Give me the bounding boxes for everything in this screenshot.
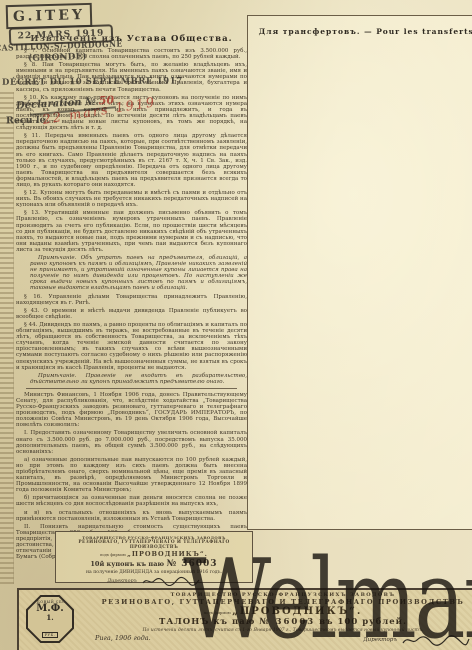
left-ornament-border	[0, 92, 14, 584]
charter-paragraph: § 16. Управленіе дѣлами Товарищества при…	[16, 294, 247, 306]
talon-firm-name: „ПРОВОДНИКЪ“.	[232, 606, 362, 617]
charter-paragraph: б) причитающіяся за означенные паи деньг…	[16, 495, 247, 507]
director-signature-icon	[141, 576, 201, 586]
revenue-stamp-bottom: РУБ.	[42, 632, 59, 638]
director-signature-icon	[401, 634, 471, 646]
coupon-share-number: № 36003	[166, 559, 217, 569]
revenue-stamp-face: ГЕРБОВЫЙ СБОРЪ М.Ф. 1. РУБ.	[28, 597, 72, 641]
revenue-stamp: ГЕРБОВЫЙ СБОРЪ М.Ф. 1. РУБ.	[26, 595, 74, 643]
talon-firm-prefix: подъ фирмою	[204, 610, 231, 615]
talon-company-line2: РЕЗИНОВАГО, ГУТТАПЕРЧЕВАГО И ТЕЛЕГРАФНАГ…	[87, 598, 472, 606]
talon-director-label: Директоръ	[363, 637, 397, 643]
talon-suffix: въ 100 рублей.	[319, 617, 407, 627]
talon-prefix: ТАЛОНЪ къ паю	[159, 617, 255, 627]
talon-strip: ГЕРБОВЫЙ СБОРЪ М.Ф. 1. РУБ. ТОВАРИЩЕСТВО…	[17, 588, 472, 650]
coupon-signature-line: Директоръ	[56, 576, 252, 586]
location-stamp-line2: (GIRONDE)	[28, 52, 87, 64]
talon-number-line: ТАЛОНЪ къ паю № 36003 въ 100 рублей.	[87, 617, 472, 627]
coupon-firm-prefix: подъ фирмою	[100, 553, 126, 557]
charter-paragraph: I. Предоставить означенному Товариществу…	[16, 430, 247, 454]
coupon-number-line: 10й купонъ къ паю № 36003	[56, 559, 252, 569]
charter-paragraph: и в) въ остальныхъ отношеніяхъ къ вновь …	[16, 510, 247, 522]
coupon-director-label: Директоръ	[107, 579, 136, 584]
charter-note: Примѣчаніе. Правленіе не входитъ въ разб…	[30, 373, 247, 385]
coupon-firm-name: „ПРОВОДНИКЪ“.	[127, 550, 208, 558]
talon-share-number: № 36003	[259, 617, 315, 627]
share-certificate-back: Извлеченіе изъ Устава Общества. § 7. Осн…	[0, 0, 472, 650]
decret-stamp: DÉCRET DU 10 SEPTEMBRE 1917	[2, 76, 183, 88]
talon-signature-line: Директоръ	[363, 634, 471, 646]
coupon-firm-line: подъ фирмою „ПРОВОДНИКЪ“.	[56, 550, 252, 558]
charter-paragraph: а) означенные дополнительные паи выпуска…	[16, 457, 247, 494]
talon-footer: Рига, 1906 года. Директоръ	[87, 634, 472, 646]
section-divider	[26, 388, 237, 389]
talon-place-date: Рига, 1906 года.	[95, 634, 151, 646]
charter-paragraph: § 43. О времени и мѣстѣ выдачи дивиденда…	[16, 308, 247, 320]
coupon-ordinal: 10й купонъ къ паю	[90, 560, 164, 568]
talon-firm-line: подъ фирмою „ПРОВОДНИКЪ“.	[87, 606, 472, 617]
recu-le-stamp: Reçu le	[6, 115, 46, 127]
charter-paragraph: Министръ Финансовъ, 1 Ноября 1906 года, …	[16, 392, 247, 429]
charter-paragraph: § 11. Передача именныхъ паевъ отъ одного…	[16, 133, 247, 188]
transfers-heading: Для трансфертовъ. — Pour les transferts.	[248, 27, 472, 36]
revenue-stamp-value: 1.	[28, 614, 72, 621]
dividend-coupon: ТОВАРИЩЕСТВО РУССКО-ФРАНЦУЗСКИХЪ ЗАВОДОВ…	[55, 531, 253, 583]
talon-text: ТОВАРИЩЕСТВО РУССКО-ФРАНЦУЗСКИХЪ ЗАВОДОВ…	[87, 592, 472, 646]
transfers-panel: Для трансфертовъ. — Pour les transferts.	[247, 15, 472, 530]
charter-paragraph: § 44. Дивидендъ по паямъ, а равно процен…	[16, 322, 247, 371]
coupon-purpose-line: на полученіе ДИВИДЕНДА за операціонный 1…	[56, 570, 252, 575]
coupon-company-line2: РЕЗИНОВАГО, ГУТТАПЕРЧЕВАГО И ТЕЛЕГРАФНАГ…	[56, 540, 252, 550]
charter-note: Примѣчаніе. Объ утратѣ паевъ на предъяви…	[30, 255, 247, 292]
charter-paragraph: § 13. Утратившій именные паи долженъ пис…	[16, 210, 247, 253]
charter-paragraph: § 12. Купоны могутъ быть передаваемы и в…	[16, 190, 247, 208]
talon-note: По истеченіи десяти лѣтъ, считая съ 1-го…	[87, 628, 472, 633]
